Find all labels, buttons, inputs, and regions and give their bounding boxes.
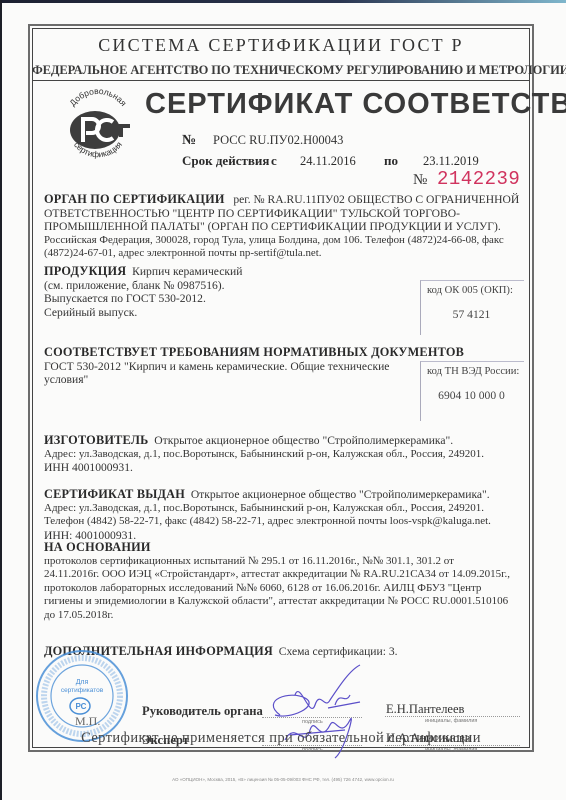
- manufacturer-address: Адрес: ул.Заводская, д.1, пос.Воротынск,…: [44, 448, 526, 462]
- okp-code-label: код ОК 005 (ОКП):: [427, 285, 513, 296]
- basis-line: протоколов сертификационных испытаний № …: [44, 555, 526, 569]
- certificate-title: СЕРТИФИКАТ СООТВЕТСТВИЯ: [145, 88, 525, 121]
- certification-body-section: ОРГАН ПО СЕРТИФИКАЦИИ рег. № RA.RU.11ПУ0…: [44, 193, 526, 261]
- name-caption: инициалы, фамилия: [425, 718, 477, 724]
- certificate-number: РОСС RU.ПУ02.Н00043: [213, 133, 343, 148]
- certification-body-line: ОТВЕТСТВЕННОСТЬЮ "ЦЕНТР ПО СЕРТИФИКАЦИИ"…: [44, 207, 526, 221]
- product-section: ПРОДУКЦИЯ Кирпич керамический (см. прило…: [44, 265, 414, 319]
- scan-edge-left: [0, 0, 2, 800]
- issued-to-name: Открытое акционерное общество "Стройполи…: [191, 488, 490, 501]
- svg-text:Добровольная: Добровольная: [67, 88, 129, 108]
- conformity-section: СООТВЕТСТВУЕТ ТРЕБОВАНИЯМ НОРМАТИВНЫХ ДО…: [44, 346, 414, 387]
- issued-to-section: СЕРТИФИКАТ ВЫДАН Открытое акционерное об…: [44, 488, 526, 542]
- system-title: СИСТЕМА СЕРТИФИКАЦИИ ГОСТ Р: [32, 35, 530, 56]
- voluntary-certification-note: Сертификат не применяется при обязательн…: [32, 730, 530, 747]
- svg-text:Для: Для: [76, 679, 89, 686]
- svg-text:сертификатов: сертификатов: [61, 687, 104, 694]
- product-line: (см. приложение, бланк № 0987516).: [44, 279, 414, 293]
- rst-logo-icon: Добровольная сертификация: [58, 88, 138, 168]
- manufacturer-section: ИЗГОТОВИТЕЛЬ Открытое акционерное общест…: [44, 434, 526, 475]
- okp-code-box: код ОК 005 (ОКП): 57 4121: [420, 280, 524, 335]
- basis-line: протоколов лабораторных исследований №№ …: [44, 582, 526, 596]
- certification-body-line: рег. № RA.RU.11ПУ02 ОБЩЕСТВО С ОГРАНИЧЕН…: [233, 193, 519, 206]
- section-heading: НА ОСНОВАНИИ: [44, 540, 151, 554]
- section-heading: ОРГАН ПО СЕРТИФИКАЦИИ: [44, 192, 225, 206]
- svg-text:РС: РС: [76, 702, 87, 711]
- certification-body-contacts: (4872)24-67-01, адрес электронной почты …: [44, 247, 526, 261]
- section-heading: ИЗГОТОВИТЕЛЬ: [44, 433, 148, 447]
- head-name-line: [385, 716, 520, 717]
- name-caption: инициалы, фамилия: [425, 747, 477, 753]
- certificate-number-label: №: [182, 133, 196, 149]
- certification-body-line: ПРОМЫШЛЕННОЙ ПАЛАТЫ" (ОРГАН ПО СЕРТИФИКА…: [44, 220, 526, 234]
- validity-label: Срок действия: [182, 153, 269, 169]
- product-line: Серийный выпуск.: [44, 306, 414, 320]
- issued-to-contacts: Телефон (4842) 58-22-71, факс (4842) 58-…: [44, 515, 526, 529]
- section-heading: СООТВЕТСТВУЕТ ТРЕБОВАНИЯМ НОРМАТИВНЫХ ДО…: [44, 345, 464, 359]
- agency-name: ФЕДЕРАЛЬНОЕ АГЕНТСТВО ПО ТЕХНИЧЕСКОМУ РЕ…: [32, 63, 530, 78]
- tnved-code-value: 6904 10 000 0: [427, 389, 524, 402]
- manufacturer-name: Открытое акционерное общество "Стройполи…: [154, 434, 453, 447]
- serial-number: 2142239: [437, 168, 520, 190]
- okp-code-value: 57 4121: [427, 308, 524, 321]
- product-name: Кирпич керамический: [132, 265, 242, 278]
- tnved-code-box: код ТН ВЭД России: 6904 10 000 0: [420, 361, 524, 421]
- issued-to-address: Адрес: ул.Заводская, д.1, пос.Воротынск,…: [44, 502, 526, 516]
- serial-number-label: №: [413, 172, 427, 189]
- header-divider: [32, 80, 530, 81]
- validity-to-label: по: [384, 153, 398, 169]
- valid-to-date: 23.11.2019: [423, 154, 479, 169]
- certification-scheme: Схема сертификации: 3.: [279, 645, 398, 658]
- validity-from-label: с: [271, 153, 277, 169]
- head-name: Е.Н.Пантелеев: [386, 702, 464, 717]
- tnved-code-label: код ТН ВЭД России:: [427, 366, 519, 377]
- head-role-label: Руководитель органа: [142, 704, 263, 719]
- stamp-place-label: М.П.: [75, 714, 100, 729]
- basis-section: НА ОСНОВАНИИ протоколов сертификационных…: [44, 541, 526, 623]
- scan-edge-top: [0, 0, 566, 3]
- certification-body-address: Российская Федерация, 300028, город Тула…: [44, 234, 526, 248]
- basis-line: до 17.05.2018г.: [44, 609, 526, 623]
- product-line: Выпускается по ГОСТ 530-2012.: [44, 292, 414, 306]
- section-heading: СЕРТИФИКАТ ВЫДАН: [44, 487, 185, 501]
- basis-line: гигиены и эпидемиологии в Калужской обла…: [44, 595, 526, 609]
- printer-info: АО «ОПЦИОН», Москва, 2015, «В» лицензия …: [0, 777, 566, 782]
- conformity-line: условия": [44, 373, 414, 387]
- manufacturer-inn: ИНН 4001000931.: [44, 461, 526, 475]
- conformity-line: ГОСТ 530-2012 "Кирпич и камень керамичес…: [44, 360, 414, 374]
- valid-from-date: 24.11.2016: [300, 154, 356, 169]
- basis-line: 24.11.2016г. ООО ИЭЦ «Стройстандарт», ат…: [44, 568, 526, 582]
- section-heading: ПРОДУКЦИЯ: [44, 264, 126, 278]
